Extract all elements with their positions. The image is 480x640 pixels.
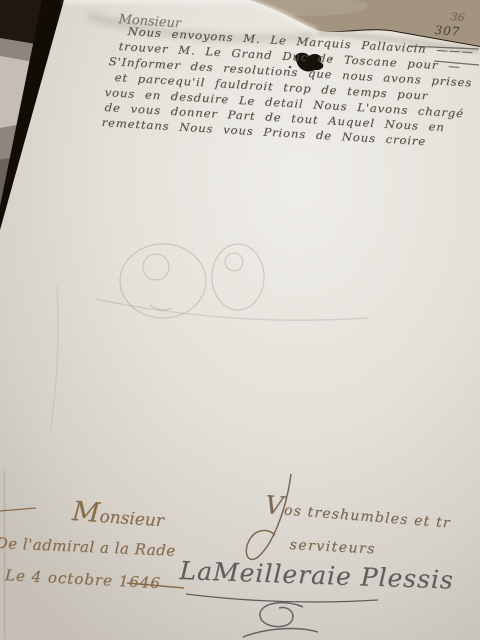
manuscript-scene bbox=[0, 0, 480, 640]
page-left-shade bbox=[4, 470, 5, 640]
page-sheet bbox=[0, 0, 480, 640]
photo-frame: Monsieur Nous envoyons M. Le Marquis Pal… bbox=[0, 0, 480, 640]
